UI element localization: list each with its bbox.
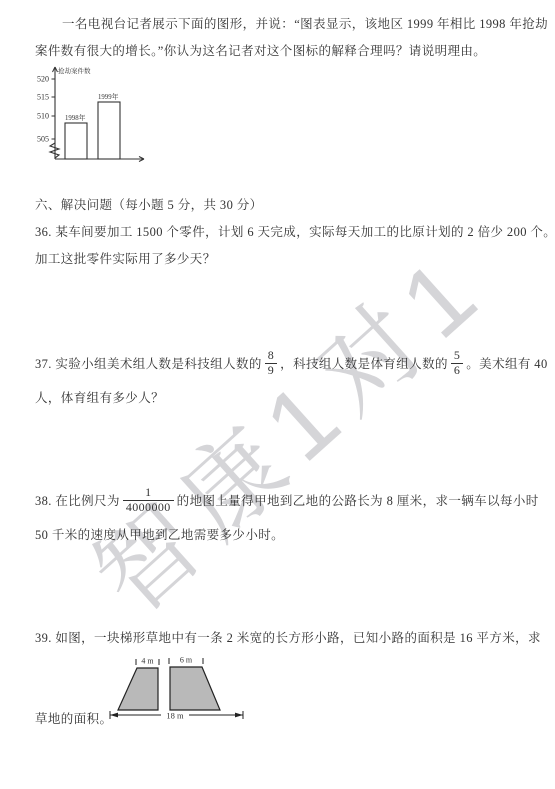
left-trapezoid-shape [118, 668, 158, 710]
y-tick-520: 520 [37, 75, 49, 84]
arrowhead-right-icon [235, 713, 243, 718]
bar-1999 [98, 102, 120, 159]
fraction-8-9: 8 9 [265, 349, 277, 376]
right-trapezoid-shape [170, 667, 220, 710]
dim-label-4m: 4 m [141, 657, 154, 666]
fraction-5-6: 5 6 [451, 349, 463, 376]
bar-1998-label: 1998年 [65, 113, 86, 122]
problem-38-text-post: 的地图上量得甲地到乙地的公路长为 8 厘米，求一辆车以每小时 [177, 491, 539, 509]
y-axis-title: 抢劫案件数 [58, 66, 91, 75]
fraction-numerator: 8 [265, 349, 277, 362]
y-tick-515: 515 [37, 93, 49, 102]
problem-36-line-1: 36. 某车间要加工 1500 个零件，计划 6 天完成，实际每天加工的比原计划… [35, 222, 555, 240]
arrowhead-left-icon [110, 713, 118, 718]
dim-label-18m: 18 m [166, 711, 184, 721]
fraction-numerator: 5 [451, 349, 463, 362]
problem-37-text-pre: 37. 实验小组美术组人数是科技组人数的 [35, 354, 262, 372]
problem-37-text-post: 。美术组有 40 [466, 354, 547, 372]
bar-1998 [65, 123, 87, 159]
bar-1999-label: 1999年 [98, 92, 119, 101]
intro-line-2: 案件数有很大的增长。”你认为这名记者对这个图标的解释合理吗？请说明理由。 [35, 41, 486, 59]
problem-39-line-1: 39. 如图，一块梯形草地中有一条 2 米宽的长方形小路，已知小路的面积是 16… [35, 628, 541, 646]
problem-38-line-2: 50 千米的速度从甲地到乙地需要多少小时。 [35, 525, 284, 543]
y-tick-505: 505 [37, 135, 49, 144]
y-tick-510: 510 [37, 112, 49, 121]
section-6-heading: 六、解决问题（每小题 5 分，共 30 分） [35, 195, 263, 213]
problem-38-line-1: 38. 在比例尺为 1 4000000 的地图上量得甲地到乙地的公路长为 8 厘… [35, 483, 539, 517]
fraction-denominator: 6 [451, 363, 463, 377]
intro-line-1: 一名电视台记者展示下面的图形，并说：“图表显示，该地区 1999 年相比 199… [62, 14, 548, 32]
problem-38-text-pre: 38. 在比例尺为 [35, 491, 120, 509]
dim-label-6m: 6 m [180, 656, 193, 665]
problem-36-line-2: 加工这批零件实际用了多少天？ [35, 249, 216, 267]
problem-39-line-2: 草地的面积。 [35, 709, 112, 727]
trapezoid-figure: 4 m 6 m 18 m [105, 650, 250, 728]
fraction-denominator: 4000000 [123, 500, 174, 514]
bar-chart-figure: 抢劫案件数 520 515 510 505 1998年 1999年 [28, 60, 163, 168]
fraction-denominator: 9 [265, 363, 277, 377]
fraction-scale: 1 4000000 [123, 486, 174, 513]
problem-37-text-mid: ，科技组人数是体育组人数的 [280, 354, 448, 372]
problem-37-line-2: 人，体育组有多少人？ [35, 388, 164, 406]
problem-37-line-1: 37. 实验小组美术组人数是科技组人数的 8 9 ，科技组人数是体育组人数的 5… [35, 346, 548, 380]
fraction-numerator: 1 [142, 486, 154, 499]
